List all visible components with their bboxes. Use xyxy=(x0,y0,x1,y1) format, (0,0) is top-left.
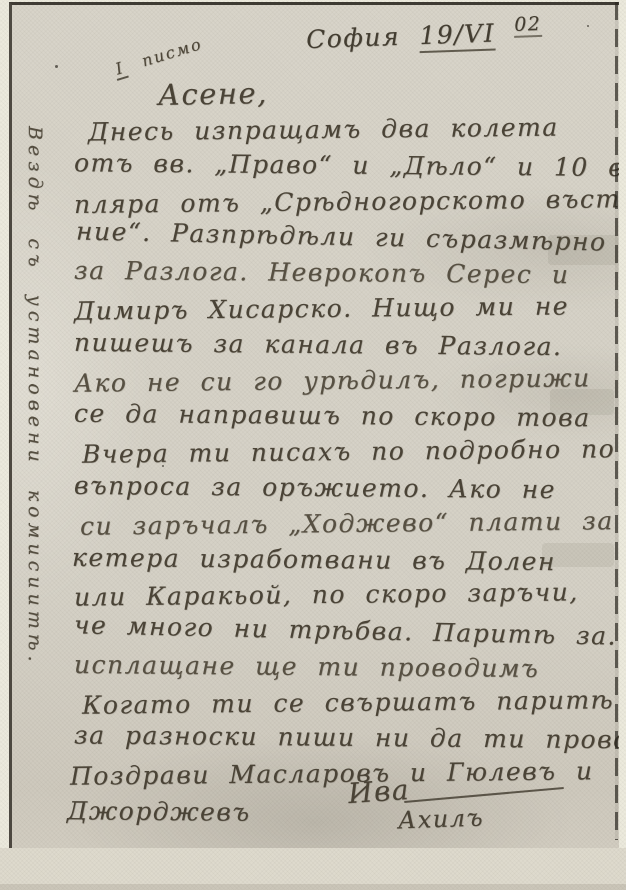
annotation-numeral: I xyxy=(111,57,129,81)
salutation: Асене, xyxy=(158,76,268,112)
handwritten-line: или Каракьой, по скоро заръчи, xyxy=(74,577,579,611)
handwritten-line: кетера изработвани въ Долен xyxy=(72,543,556,576)
handwritten-line: пишешъ за канала въ Разлога. xyxy=(74,328,563,361)
ink-speck xyxy=(55,65,58,68)
handwritten-line: за Разлога. Неврокопъ Серес и xyxy=(74,256,570,289)
annotation-word: писмо xyxy=(139,34,204,70)
dateline-year: 02 xyxy=(514,13,542,38)
handwritten-line: Днесь изпращамъ два колета xyxy=(88,113,559,147)
letter-number-annotation: I писмо xyxy=(111,34,204,79)
dateline: София 19/VI 02 xyxy=(305,13,542,54)
margin-note: Вездѣ съ установени комисиитѣ. xyxy=(24,126,46,656)
signature-flourish xyxy=(404,787,564,803)
handwritten-line: се да направишъ по скоро това xyxy=(74,399,591,433)
handwritten-line: исплащане ще ти проводимъ xyxy=(74,650,540,683)
handwritten-line: Ако не си го урѣдилъ, погрижи xyxy=(74,363,591,397)
handwritten-line: въпроса за оръжието. Ако не xyxy=(74,471,556,504)
handwritten-line: пляра отъ „Срѣдногорското въста- xyxy=(74,184,619,219)
closing-line: Поздрави Масларовъ и Гюлевъ и xyxy=(70,756,594,790)
frame-right-edge xyxy=(615,2,618,840)
letter-photo: София 19/VI 02 I писмо Асене, Днесь изпр… xyxy=(9,2,619,848)
paper-blotch xyxy=(548,235,618,265)
dateline-date: 19/VI xyxy=(419,19,496,54)
handwritten-line: си заръчалъ „Ходжево“ плати за xyxy=(80,506,614,541)
ink-speck xyxy=(587,25,589,27)
handwritten-line: ние“. Разпрѣдѣли ги съразмѣрно xyxy=(76,216,607,256)
handwritten-line: за разноски пиши ни да ти провод- xyxy=(74,720,619,754)
handwritten-line: че много ни трѣбва. Паритѣ за. xyxy=(74,610,618,650)
paper-blotch xyxy=(542,543,614,567)
signature-alias: Ахилъ xyxy=(398,804,485,835)
handwritten-line: отъ вв. „Право“ и „Дѣло“ и 10 екзем- xyxy=(74,148,619,183)
ink-speck xyxy=(162,465,164,467)
letter-scan-page: София 19/VI 02 I писмо Асене, Днесь изпр… xyxy=(0,0,626,890)
dateline-city: София xyxy=(306,22,401,54)
page-bottom-edge xyxy=(0,884,626,890)
signature-name: Ива xyxy=(347,773,411,810)
handwritten-line: Димиръ Хисарско. Нищо ми не xyxy=(74,291,569,325)
page-bottom-band xyxy=(0,848,626,884)
handwritten-line: Вчера ти писахъ по подробно по xyxy=(82,434,615,469)
closing-line: Джорджевъ xyxy=(67,796,251,827)
handwritten-line: Когато ти се свършатъ паритѣ xyxy=(82,685,614,720)
paper-blotch xyxy=(550,389,614,415)
